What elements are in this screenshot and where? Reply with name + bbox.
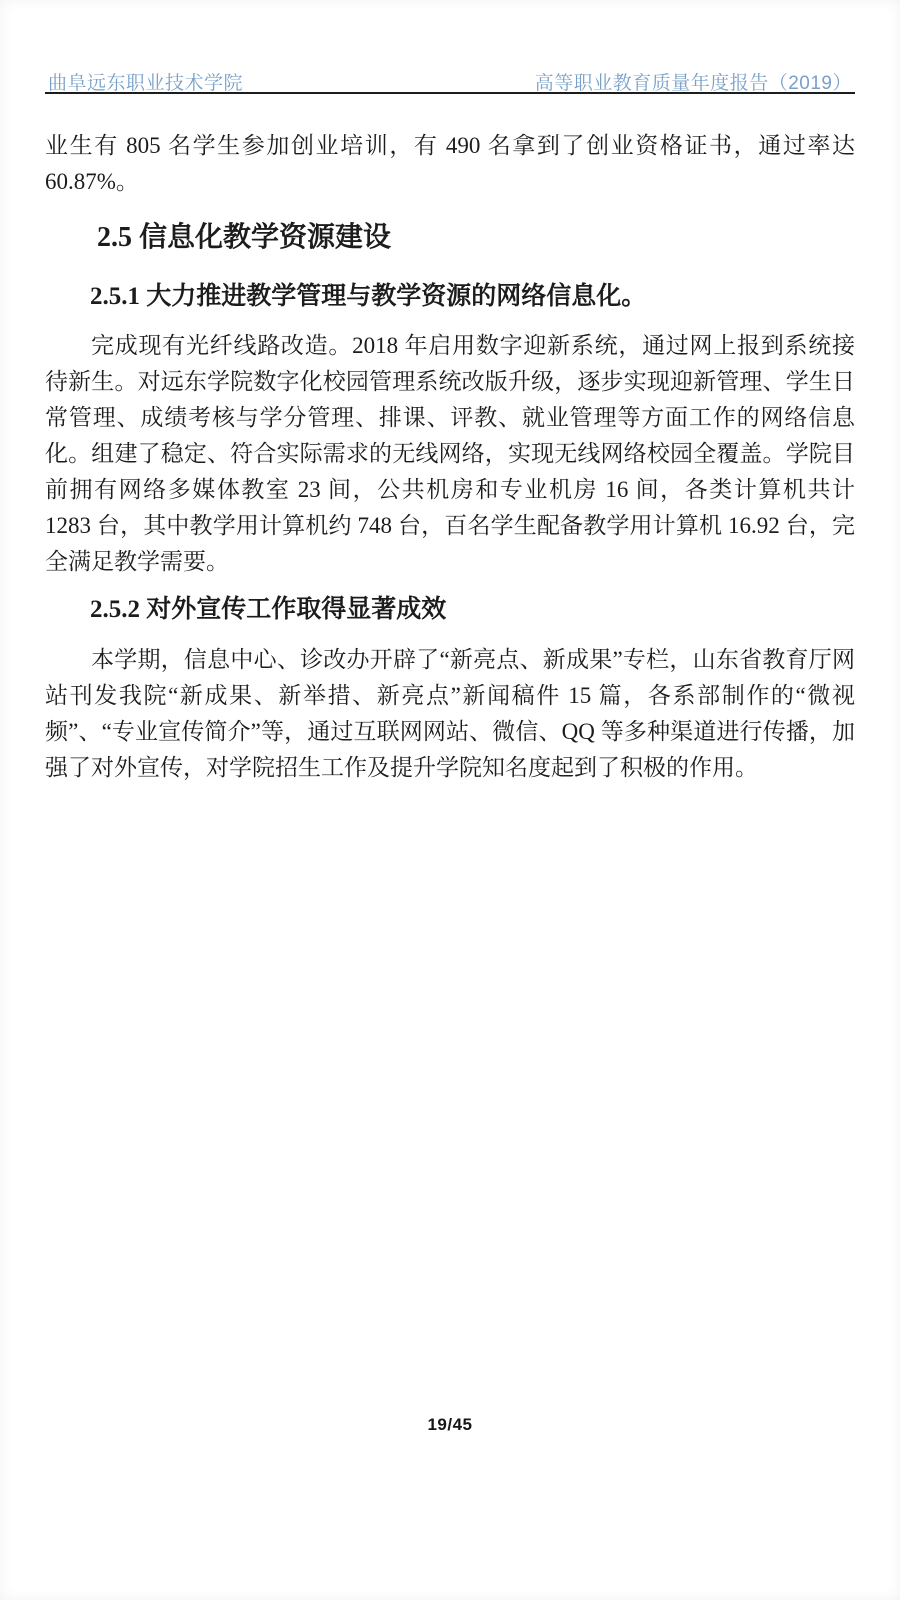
document-page: 曲阜远东职业技术学院 高等职业教育质量年度报告（2019） 业生有 805 名学…: [0, 0, 900, 1600]
page-footer: 19/45: [0, 1415, 900, 1435]
intro-continuation-line: 业生有 805 名学生参加创业培训，有 490 名拿到了创业资格证书，通过率达 …: [45, 128, 855, 200]
header-school-name: 曲阜远东职业技术学院: [48, 68, 243, 95]
paragraph-publicity: 本学期，信息中心、诊改办开辟了“新亮点、新成果”专栏，山东省教育厅网站刊发我院“…: [45, 642, 855, 786]
subsection-title-2-5-2: 2.5.2 对外宣传工作取得显著成效: [90, 594, 855, 626]
document-body: 业生有 805 名学生参加创业培训，有 490 名拿到了创业资格证书，通过率达 …: [45, 118, 855, 786]
header-report-title: 高等职业教育质量年度报告（2019）: [535, 68, 852, 95]
section-title-2-5: 2.5 信息化教学资源建设: [97, 221, 855, 255]
paragraph-informatization: 完成现有光纤线路改造。2018 年启用数字迎新系统，通过网上报到系统接待新生。对…: [45, 328, 855, 580]
subsection-title-2-5-1: 2.5.1 大力推进教学管理与教学资源的网络信息化。: [90, 281, 855, 313]
header-rule: [45, 92, 855, 94]
page-header: 曲阜远东职业技术学院 高等职业教育质量年度报告（2019）: [48, 68, 852, 95]
page-number: 19/45: [427, 1415, 472, 1434]
